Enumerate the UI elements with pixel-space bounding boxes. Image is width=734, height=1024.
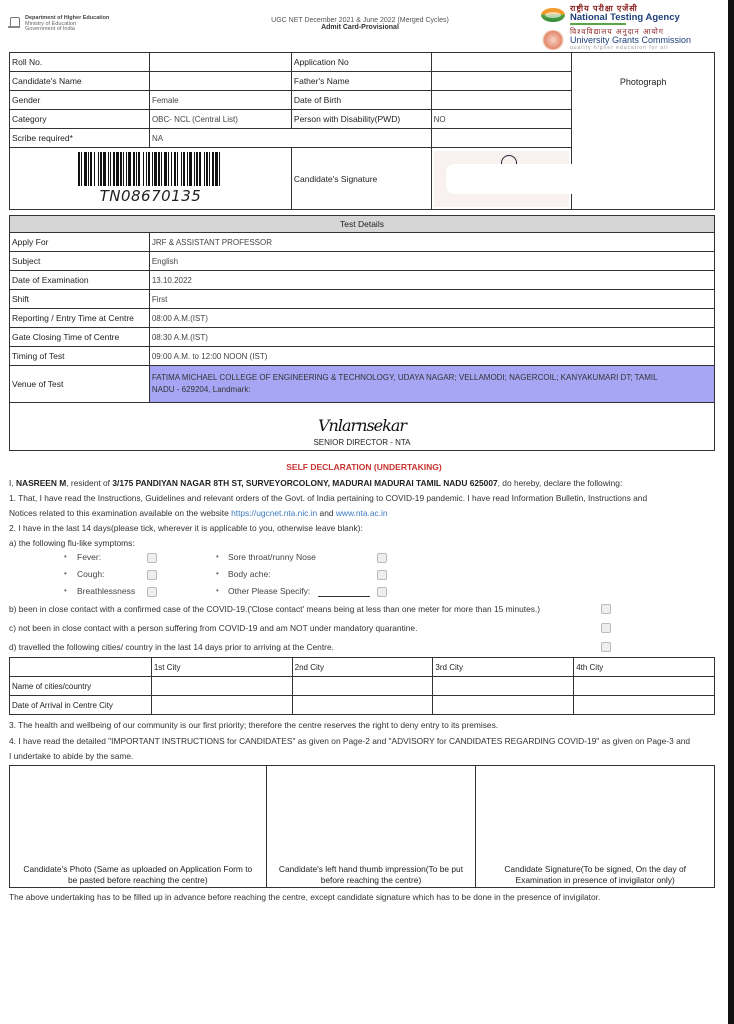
roll-no-label: Roll No. [10, 53, 150, 72]
category-value: OBC- NCL (Central List) [149, 110, 291, 129]
test-detail-label: Date of Examination [10, 271, 150, 290]
ugc-logo-icon [541, 30, 565, 50]
test-detail-value: First [149, 290, 714, 309]
photograph-label: Photograph [620, 77, 667, 87]
scribe-value: NA [149, 129, 431, 148]
declaration-point-2c: c) not been in close contact with a pers… [9, 623, 417, 633]
bullet-icon: • [64, 552, 67, 561]
self-declaration-heading: SELF DECLARATION (UNDERTAKING) [0, 462, 728, 472]
dob-value [431, 91, 572, 110]
declaration-point-1-line2: Notices related to this examination avai… [9, 508, 388, 518]
symptom-checkbox-fever[interactable] [147, 553, 157, 563]
declaration-footer: The above undertaking has to be filled u… [9, 892, 600, 902]
nta-name: National Testing Agency [570, 13, 680, 22]
ugc-tagline: quality higher education for all [570, 44, 691, 52]
declaration-point-2: 2. I have in the last 14 days(please tic… [9, 523, 363, 533]
symptom-label-cough: Cough: [77, 569, 104, 579]
application-no-value [431, 53, 572, 72]
candidate-signature-image [434, 151, 570, 207]
symptom-label-body-ache: Body ache: [228, 569, 271, 579]
symptom-label-other: Other Please Specify: [228, 586, 310, 596]
declaration-point-1-line1: 1. That, I have read the Instructions, G… [9, 493, 647, 503]
empty-cell [431, 129, 572, 148]
test-detail-row: Timing of Test 09:00 A.M. to 12:00 NOON … [10, 347, 715, 366]
test-detail-label: Apply For [10, 233, 150, 252]
test-detail-row: Gate Closing Time of Centre 08:30 A.M.(I… [10, 328, 715, 347]
venue-label: Venue of Test [10, 366, 150, 403]
travel-cell-input[interactable] [433, 696, 574, 715]
right-edge-bar [728, 0, 734, 1024]
declaration-point-4-line2: I undertake to abide by the same. [9, 751, 133, 761]
candidate-signature-box[interactable]: Candidate Signature(To be signed, On the… [476, 766, 715, 888]
symptom-checkbox-body-ache[interactable] [377, 570, 387, 580]
ugcnet-link[interactable]: https://ugcnet.nta.nic.in [231, 508, 317, 518]
candidate-name-value [149, 72, 291, 91]
director-signature-cell: Vnlarnsekar SENIOR DIRECTOR - NTA [10, 403, 715, 451]
travel-cell-input[interactable] [292, 677, 433, 696]
thumb-impression-box[interactable]: Candidate's left hand thumb impression(T… [266, 766, 476, 888]
declaration-intro: I, NASREEN M, resident of 3/175 PANDIYAN… [9, 478, 622, 488]
barcode-icon [23, 152, 278, 186]
nta-link[interactable]: www.nta.ac.in [336, 508, 388, 518]
test-detail-value: 13.10.2022 [149, 271, 714, 290]
travel-header-row: 1st City2nd City3rd City4th City [10, 658, 715, 677]
nta-logo-icon [541, 8, 565, 22]
travel-cell-input[interactable] [151, 677, 292, 696]
document-title: UGC NET December 2021 & June 2022 (Merge… [200, 17, 520, 31]
director-signature: Vnlarnsekar [12, 416, 712, 435]
travel-table: 1st City2nd City3rd City4th CityName of … [9, 657, 715, 715]
declaration-point-2d: d) travelled the following cities/ count… [9, 642, 334, 652]
travel-cell-input[interactable] [292, 696, 433, 715]
symptom-checkbox-other[interactable] [377, 587, 387, 597]
test-detail-value: 09:00 A.M. to 12:00 NOON (IST) [149, 347, 714, 366]
test-detail-label: Reporting / Entry Time at Centre [10, 309, 150, 328]
barcode-cell: TN08670135 [10, 148, 292, 210]
travel-cell-input[interactable] [433, 677, 574, 696]
declaration-point-3: 3. The health and wellbeing of our commu… [9, 720, 498, 730]
venue-value: FATIMA MICHAEL COLLEGE OF ENGINEERING & … [149, 366, 714, 403]
test-detail-row: Reporting / Entry Time at Centre 08:00 A… [10, 309, 715, 328]
national-emblem-icon [8, 16, 20, 30]
travel-row: Name of cities/country [10, 677, 715, 696]
candidate-signature-cell [431, 148, 572, 210]
test-detail-row: Apply For JRF & ASSISTANT PROFESSOR [10, 233, 715, 252]
candidate-signature-label: Candidate's Signature [291, 148, 431, 210]
photograph-cell: Photograph [572, 53, 715, 210]
test-detail-label: Gate Closing Time of Centre [10, 328, 150, 347]
roll-no-value [149, 53, 291, 72]
category-label: Category [10, 110, 150, 129]
symptom-label-fever: Fever: [77, 552, 101, 562]
test-detail-label: Timing of Test [10, 347, 150, 366]
test-detail-value: 08:30 A.M.(IST) [149, 328, 714, 347]
symptom-checkbox-cough[interactable] [147, 570, 157, 580]
travel-column-header: 2nd City [292, 658, 433, 677]
bullet-icon: • [216, 586, 219, 595]
bullet-icon: • [64, 569, 67, 578]
declarant-address: 3/175 PANDIYAN NAGAR 8TH ST, SURVEYORCOL… [112, 478, 497, 488]
father-name-value [431, 72, 572, 91]
travel-cell-input[interactable] [151, 696, 292, 715]
candidate-photo-box[interactable]: Candidate's Photo (Same as uploaded on A… [10, 766, 267, 888]
bullet-icon: • [216, 569, 219, 578]
test-detail-row: Date of Examination 13.10.2022 [10, 271, 715, 290]
barcode-number: TN08670135 [12, 187, 289, 205]
application-no-label: Application No [291, 53, 431, 72]
exam-title: UGC NET December 2021 & June 2022 (Merge… [200, 17, 520, 24]
director-title: SENIOR DIRECTOR - NTA [313, 438, 410, 447]
travel-column-header: 4th City [574, 658, 715, 677]
close-contact-checkbox[interactable] [601, 604, 611, 614]
travel-column-header [10, 658, 152, 677]
test-detail-label: Shift [10, 290, 150, 309]
undertaking-boxes: Candidate's Photo (Same as uploaded on A… [9, 765, 715, 888]
travel-column-header: 3rd City [433, 658, 574, 677]
travel-column-header: 1st City [151, 658, 292, 677]
pwd-value: NO [431, 110, 572, 129]
test-detail-value: English [149, 252, 714, 271]
test-details-heading: Test Details [10, 216, 715, 233]
symptom-checkbox-sore-throat[interactable] [377, 553, 387, 563]
admit-card-title: Admit Card-Provisional [200, 24, 520, 31]
specify-input-line[interactable] [318, 596, 370, 597]
declarant-name: NASREEN M [16, 478, 66, 488]
test-detail-value: 08:00 A.M.(IST) [149, 309, 714, 328]
pwd-label: Person with Disability(PWD) [291, 110, 431, 129]
ugc-name: University Grants Commission [570, 36, 691, 44]
test-detail-row: Shift First [10, 290, 715, 309]
travel-row-label: Date of Arrival in Centre City [10, 696, 152, 715]
test-detail-row: Subject English [10, 252, 715, 271]
travel-cell-input[interactable] [574, 677, 715, 696]
gender-value: Female [149, 91, 291, 110]
no-contact-checkbox[interactable] [601, 623, 611, 633]
admit-card-header: Department of Higher Education Ministry … [0, 0, 728, 50]
declaration-point-2b: b) been in close contact with a confirme… [9, 604, 540, 614]
agency-logos: राष्ट्रीय परीक्षा एजेंसी National Testin… [541, 4, 721, 52]
bullet-icon: • [216, 552, 219, 561]
scribe-label: Scribe required* [10, 129, 150, 148]
test-details-table: Test Details Apply For JRF & ASSISTANT P… [9, 215, 715, 451]
dob-label: Date of Birth [291, 91, 431, 110]
ministry-line3: Government of India [25, 27, 109, 33]
declaration-point-4-line1: 4. I have read the detailed "IMPORTANT I… [9, 736, 690, 746]
travel-cell-input[interactable] [574, 696, 715, 715]
candidate-name-label: Candidate's Name [10, 72, 150, 91]
symptom-label-breathlessness: Breathlessness [77, 586, 135, 596]
bullet-icon: • [64, 586, 67, 595]
symptom-checkbox-breathlessness[interactable] [147, 587, 157, 597]
test-detail-label: Subject [10, 252, 150, 271]
declaration-point-2a: a) the following flu-like symptoms: [9, 538, 135, 548]
test-detail-value: JRF & ASSISTANT PROFESSOR [149, 233, 714, 252]
gender-label: Gender [10, 91, 150, 110]
candidate-details-table: Roll No. Application No Photograph Candi… [9, 52, 715, 210]
symptom-label-sore-throat: Sore throat/runny Nose [228, 552, 316, 562]
travel-row: Date of Arrival in Centre City [10, 696, 715, 715]
ministry-block: Department of Higher Education Ministry … [8, 16, 109, 33]
father-name-label: Father's Name [291, 72, 431, 91]
travelled-checkbox[interactable] [601, 642, 611, 652]
travel-row-label: Name of cities/country [10, 677, 152, 696]
